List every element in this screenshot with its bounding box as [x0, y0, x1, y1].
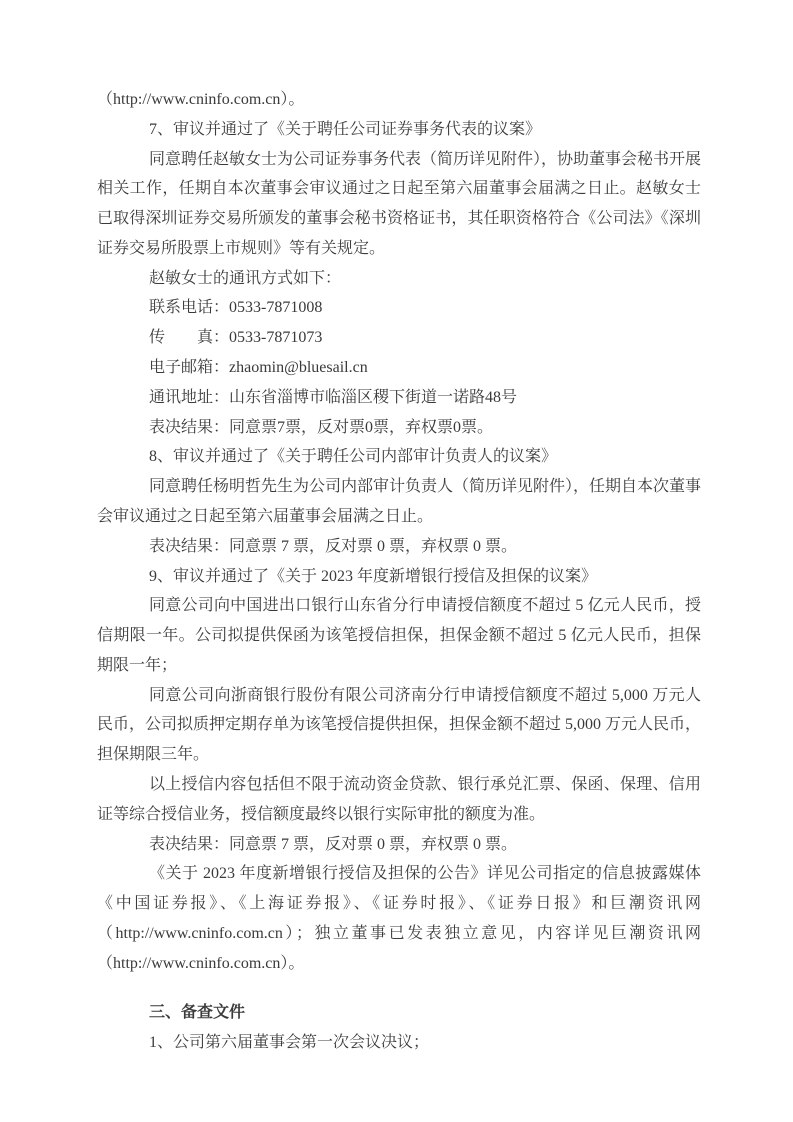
document-content: （http://www.cninfo.com.cn）。 7、审议并通过了《关于聘…: [97, 85, 701, 1058]
item7-title: 7、审议并通过了《关于聘任公司证券事务代表的议案》: [97, 115, 701, 145]
item7-fax: 传 真：0533-7871073: [97, 323, 701, 353]
item7-body: 同意聘任赵敏女士为公司证券事务代表（简历详见附件），协助董事会秘书开展相关工作，…: [97, 145, 701, 264]
item9-body-credit2: 同意公司向浙商银行股份有限公司济南分行申请授信额度不超过 5,000 万元人民币…: [97, 681, 701, 770]
paragraph-url-continuation: （http://www.cninfo.com.cn）。: [97, 85, 701, 115]
item7-address: 通讯地址：山东省淄博市临淄区稷下街道一诺路48号: [97, 383, 701, 413]
item9-title: 9、审议并通过了《关于 2023 年度新增银行授信及担保的议案》: [97, 562, 701, 592]
document-page: （http://www.cninfo.com.cn）。 7、审议并通过了《关于聘…: [0, 0, 793, 1122]
item9-body-credit1: 同意公司向中国进出口银行山东省分行申请授信额度不超过 5 亿元人民币，授信期限一…: [97, 591, 701, 680]
item9-vote-result: 表决结果：同意票 7 票，反对票 0 票，弃权票 0 票。: [97, 830, 701, 860]
item8-body: 同意聘任杨明哲先生为公司内部审计负责人（简历详见附件），任期自本次董事会审议通过…: [97, 472, 701, 532]
item9-body-scope: 以上授信内容包括但不限于流动资金贷款、银行承兑汇票、保函、保理、信用证等综合授信…: [97, 770, 701, 830]
section3-heading: 三、备查文件: [97, 998, 701, 1028]
item8-vote-result: 表决结果：同意票 7 票，反对票 0 票，弃权票 0 票。: [97, 532, 701, 562]
item7-phone: 联系电话：0533-7871008: [97, 293, 701, 323]
item7-contact-intro: 赵敏女士的通讯方式如下：: [97, 264, 701, 294]
item9-disclosure: 《关于 2023 年度新增银行授信及担保的公告》详见公司指定的信息披露媒体《中国…: [97, 859, 701, 978]
item8-title: 8、审议并通过了《关于聘任公司内部审计负责人的议案》: [97, 442, 701, 472]
item7-email: 电子邮箱：zhaomin@bluesail.cn: [97, 353, 701, 383]
item7-vote-result: 表决结果：同意票7票，反对票0票，弃权票0票。: [97, 413, 701, 443]
section3-item1: 1、公司第六届董事会第一次会议决议；: [97, 1028, 701, 1058]
